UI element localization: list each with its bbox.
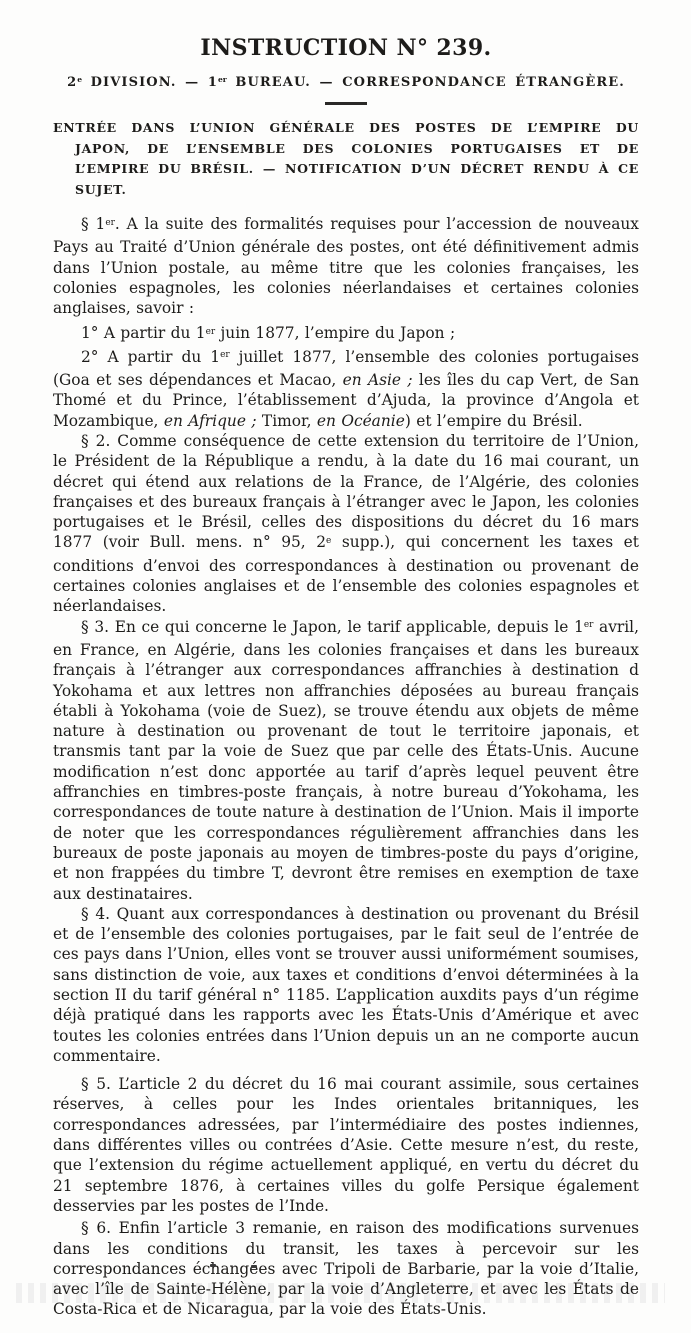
paragraph-s2: § 2. Comme conséquence de cette extensio… bbox=[53, 431, 639, 617]
list-item-2: 2° A partir du 1er juillet 1877, l’ensem… bbox=[53, 347, 639, 431]
paragraph-s5: § 5. L’article 2 du décret du 16 mai cou… bbox=[53, 1074, 639, 1216]
paragraph-s3: § 3. En ce qui concerne le Japon, le tar… bbox=[53, 617, 639, 904]
scan-artifact-band bbox=[16, 1283, 665, 1303]
paragraph-s6: § 6. Enfin l’article 3 remanie, en raiso… bbox=[53, 1218, 639, 1319]
document-body: § 1er. A la suite des formalités requise… bbox=[53, 214, 639, 1320]
masthead: INSTRUCTION N° 239. 2e DIVISION. — 1er B… bbox=[53, 34, 639, 200]
document-title: INSTRUCTION N° 239. bbox=[53, 34, 639, 62]
scan-speck bbox=[251, 1265, 257, 1268]
division-bureau-line: 2e DIVISION. — 1er BUREAU. — CORRESPONDA… bbox=[53, 74, 639, 92]
paragraph-s4: § 4. Quant aux correspondances à destina… bbox=[53, 904, 639, 1066]
scan-speck bbox=[210, 1264, 216, 1267]
document-page: INSTRUCTION N° 239. 2e DIVISION. — 1er B… bbox=[0, 0, 691, 1333]
section-divider bbox=[325, 102, 367, 105]
subject-heading: ENTRÉE DANS L’UNION GÉNÉRALE DES POSTES … bbox=[53, 118, 639, 200]
list-item-1: 1° A partir du 1er juin 1877, l’empire d… bbox=[53, 323, 639, 346]
paragraph-s1: § 1er. A la suite des formalités requise… bbox=[53, 214, 639, 318]
